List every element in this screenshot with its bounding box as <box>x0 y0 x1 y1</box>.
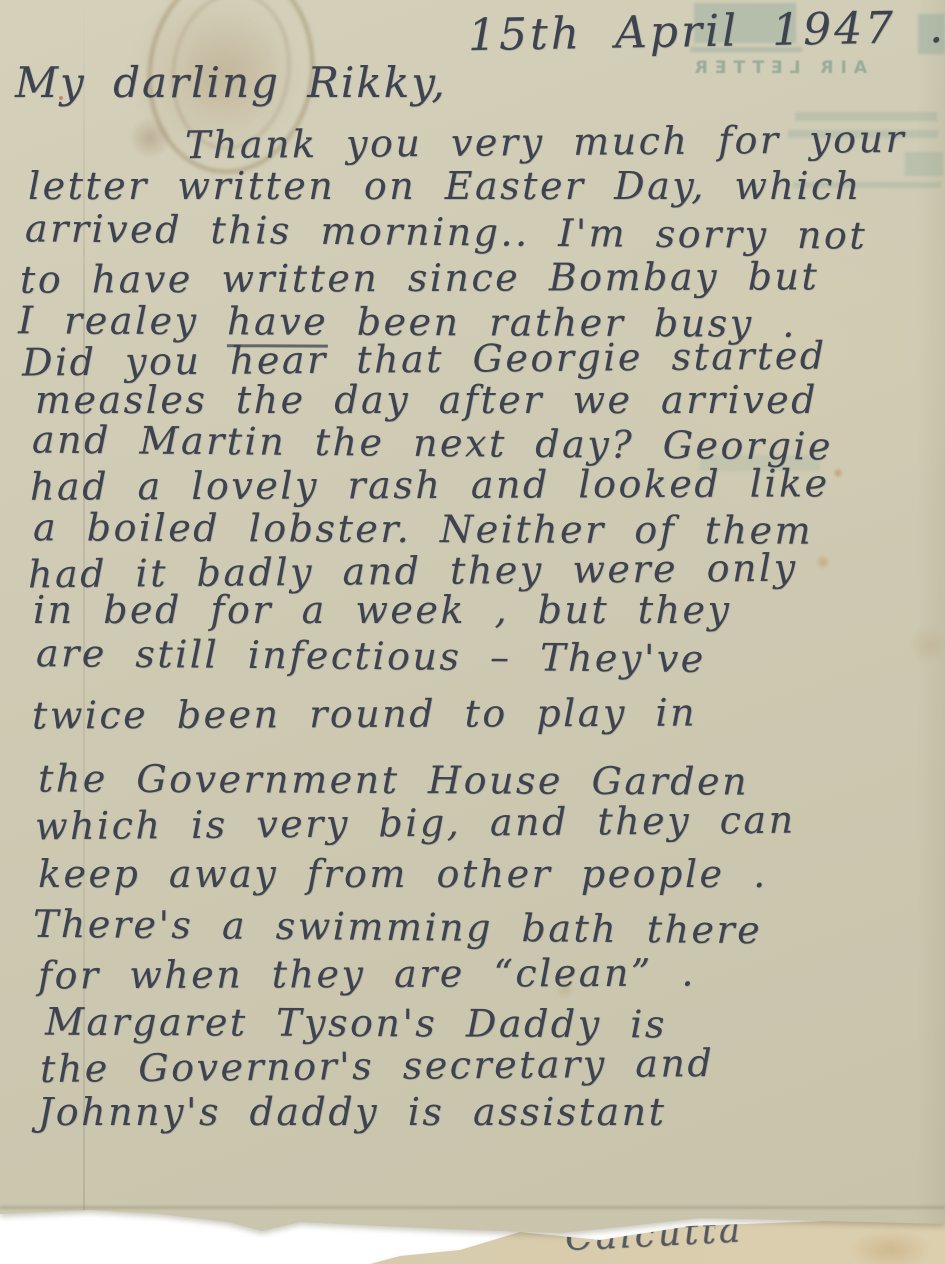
scan-background: Calcutta AIR LETTER 15th April 1947 . My… <box>0 0 945 1264</box>
letter-line: Margaret Tyson's Daddy is <box>45 1000 667 1047</box>
letter-line: which is very big, and they can <box>35 798 796 849</box>
letter-line: There's a swimming bath there <box>33 902 763 952</box>
letter-line: the Governor's secretary and <box>40 1041 715 1091</box>
letter-line: for when they are “clean” . <box>38 951 696 998</box>
letter-line: Johnny's daddy is assistant <box>38 1090 666 1134</box>
letter-line: arrived this morning.. I'm sorry not <box>25 206 868 257</box>
letter-body: Thank you very much for yourletter writt… <box>0 0 945 1236</box>
letter-line: twice been round to play in <box>32 691 697 738</box>
letter-page: AIR LETTER 15th April 1947 . My darling … <box>0 0 945 1236</box>
letter-line: the Government House Garden <box>38 756 749 803</box>
letter-line: in bed for a week , but they <box>33 588 731 632</box>
letter-line-text: I realey <box>18 298 227 343</box>
letter-line: letter written on Easter Day, which <box>28 164 862 208</box>
paper-shadow: AIR LETTER 15th April 1947 . My darling … <box>0 0 945 1264</box>
letter-line: measles the day after we arrived <box>35 378 818 422</box>
letter-line: had a lovely rash and looked like <box>30 461 830 508</box>
letter-line: keep away from other people . <box>38 852 768 896</box>
letter-line: Thank you very much for your <box>185 117 906 167</box>
letter-line: to have written since Bombay but <box>20 254 819 301</box>
letter-line: Did you hear that Georgie started <box>22 333 827 384</box>
letter-line: are still infectious – They've <box>36 631 706 681</box>
